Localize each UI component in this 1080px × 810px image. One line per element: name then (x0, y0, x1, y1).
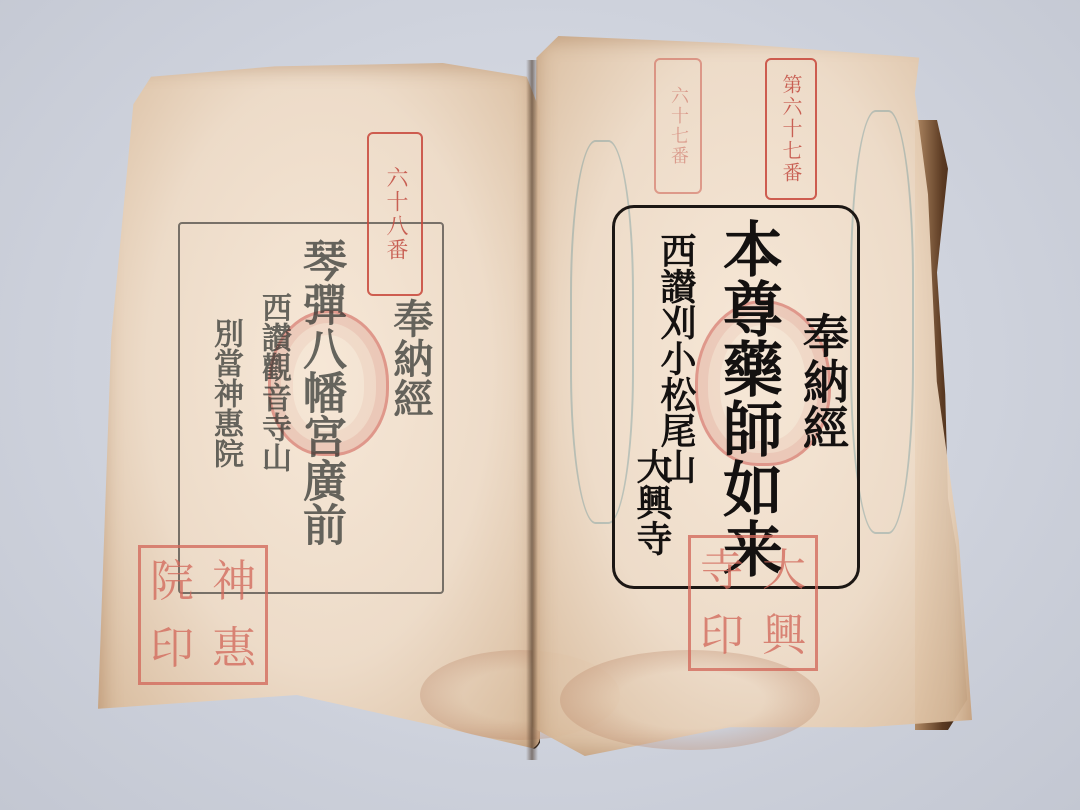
left-temple-seal: 院 神 印 惠 (138, 545, 268, 685)
left-temple-number-text: 六十八番 (384, 166, 406, 262)
right-temple-number-text: 第六十七番 (781, 74, 801, 184)
left-temple-number-stamp: 六十八番 (367, 132, 423, 296)
seal-glyph: 寺 (691, 538, 753, 603)
right-temple-text: 大興寺 (634, 448, 670, 556)
seal-glyph: 印 (691, 603, 753, 668)
seal-glyph: 大 (753, 538, 815, 603)
seal-glyph: 印 (141, 615, 203, 682)
left-deity-text: 琴彈八幡宮廣前 (298, 238, 342, 546)
left-location-text: 西讃觀音寺山 (258, 292, 288, 472)
seal-glyph: 惠 (203, 615, 265, 682)
book-spine (526, 60, 538, 760)
right-temple-seal: 寺 大 印 興 (688, 535, 818, 671)
seal-glyph: 神 (203, 548, 265, 615)
right-offering-text: 奉納經 (800, 312, 846, 450)
photo-scene: 六十八番 奉納經 琴彈八幡宮廣前 西讃觀音寺山 別當神惠院 院 神 印 惠 六十… (0, 0, 1080, 810)
right-location-text: 西讃刈小松尾山 (658, 232, 694, 484)
right-faded-number-text: 六十七番 (669, 86, 687, 166)
seal-glyph: 興 (753, 603, 815, 668)
right-deity-text: 本尊藥師如来 (718, 218, 778, 578)
left-offering-text: 奉納經 (390, 298, 430, 418)
seal-glyph: 院 (141, 548, 203, 615)
right-temple-number-stamp: 第六十七番 (765, 58, 817, 200)
left-temple-text: 別當神惠院 (210, 318, 240, 468)
right-faded-number-stamp: 六十七番 (654, 58, 702, 194)
